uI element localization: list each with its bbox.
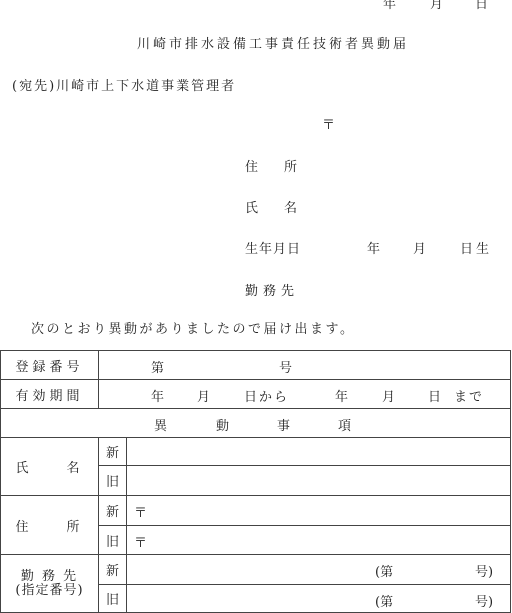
address-label: 住 所 (1, 496, 99, 555)
postal-mark: 〒 (134, 532, 147, 551)
header-char: 事 (277, 415, 290, 434)
to-month: 月 (382, 386, 395, 405)
from-day: 日から (244, 386, 289, 405)
new-workplace-field[interactable]: (第 号) (127, 555, 511, 585)
new-label: 新 (99, 496, 127, 526)
period-row: 有効期間 年 月 日から 年 月 日 まで (1, 380, 511, 409)
birth-day: 日生 (460, 242, 492, 258)
workplace-label: 勤 務 先 (指定番号) (1, 555, 99, 613)
section-header-row: 異 動 事 項 (1, 409, 511, 438)
birth-month: 月 (413, 242, 426, 258)
from-year: 年 (151, 386, 164, 405)
old-label: 旧 (99, 526, 127, 555)
postal-mark: 〒 (322, 118, 335, 134)
period-label: 有効期間 (1, 380, 99, 409)
postal-mark: 〒 (134, 502, 147, 521)
header-char: 項 (338, 415, 351, 434)
applicant-name-label: 氏 名 (245, 201, 297, 217)
registration-row: 登録番号 第 号 (1, 351, 511, 380)
from-month: 月 (197, 386, 210, 405)
num-open: (第 (375, 591, 393, 610)
num-close: 号) (475, 561, 493, 580)
header-char: 動 (216, 415, 229, 434)
applicant-address-label: 住 所 (245, 160, 297, 176)
num-open: (第 (375, 561, 393, 580)
reg-go: 号 (279, 357, 292, 376)
reg-dai: 第 (151, 357, 164, 376)
date-year: 年 (383, 0, 396, 13)
old-label: 旧 (99, 466, 127, 496)
birth-year: 年 (367, 242, 380, 258)
new-label: 新 (99, 438, 127, 466)
reg-label: 登録番号 (1, 351, 99, 380)
old-workplace-field[interactable]: (第 号) (127, 585, 511, 613)
to-made: まで (454, 386, 484, 405)
new-label: 新 (99, 555, 127, 585)
workplace-label-line2: (指定番号) (1, 584, 98, 598)
section-header: 異 動 事 項 (1, 409, 511, 438)
new-address-field[interactable]: 〒 (127, 496, 511, 526)
period-value[interactable]: 年 月 日から 年 月 日 まで (99, 380, 511, 409)
header-char: 異 (154, 415, 167, 434)
date-day: 日 (475, 0, 488, 13)
workplace-label: 勤務先 (245, 284, 299, 300)
addressee: (宛先)川崎市上下水道事業管理者 (12, 79, 236, 95)
new-name-field[interactable] (127, 438, 511, 466)
statement: 次のとおり異動がありましたので届け出ます。 (31, 322, 355, 338)
date-month: 月 (430, 0, 443, 13)
birthdate-label: 生年月日 (245, 242, 301, 258)
change-table: 登録番号 第 号 有効期間 年 月 日から 年 月 日 まで 異 動 事 項 氏… (0, 350, 511, 613)
old-address-field[interactable]: 〒 (127, 526, 511, 555)
num-close: 号) (475, 591, 493, 610)
name-label: 氏 名 (1, 438, 99, 496)
old-name-field[interactable] (127, 466, 511, 496)
document-title: 川崎市排水設備工事責任技術者異動届 (137, 37, 409, 53)
to-day: 日 (428, 386, 441, 405)
reg-value[interactable]: 第 号 (99, 351, 511, 380)
to-year: 年 (335, 386, 348, 405)
workplace-label-line1: 勤 務 先 (1, 570, 98, 584)
old-label: 旧 (99, 585, 127, 613)
